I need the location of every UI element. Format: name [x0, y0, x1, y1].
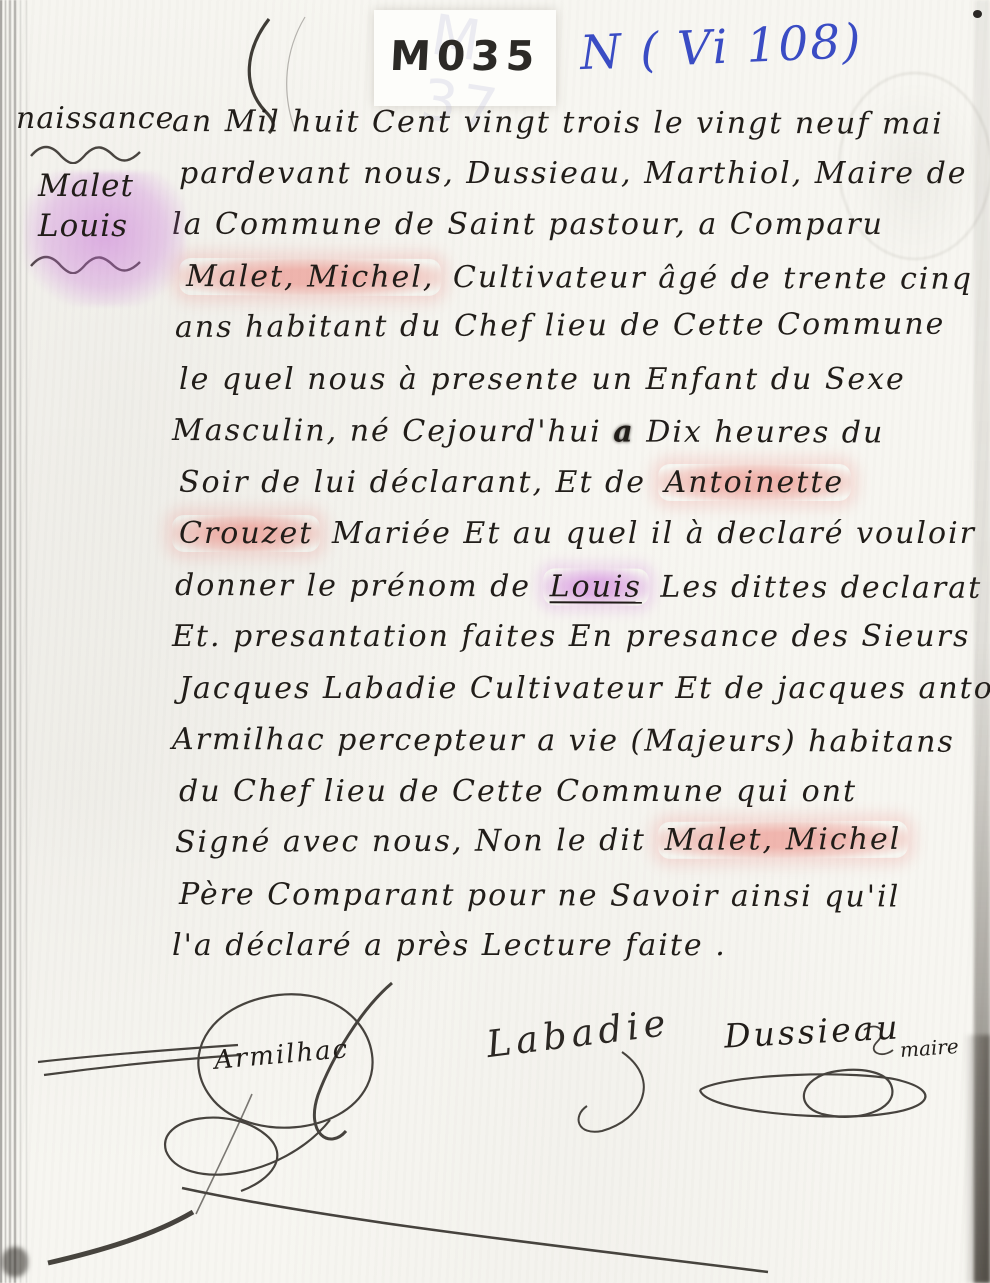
document-text: an Mil huit Cent vingt trois le vingt ne…	[172, 104, 944, 142]
catalog-sticker: M 37 M035	[374, 10, 556, 106]
document-line: l'a déclaré a près Lecture faite .	[172, 928, 980, 980]
document-text: ans habitant du Chef lieu de Cette Commu…	[175, 307, 946, 345]
document-line: Signé avec nous, Non le dit Malet, Miche…	[175, 821, 980, 876]
document-text: donner le prénom de	[175, 568, 543, 604]
document-line: Jacques Labadie Cultivateur Et de jacque…	[179, 671, 980, 723]
highlighted-name: Malet, Michel	[657, 821, 908, 859]
document-text: Cultivateur âgé de trente cinq	[441, 259, 973, 296]
document-text: Soir de lui déclarant, Et de	[179, 465, 658, 500]
highlighted-name: Malet, Michel,	[179, 258, 442, 296]
document-text: Jacques Labadie Cultivateur Et de jacque…	[179, 671, 990, 706]
document-line: Masculin, né Cejourd'hui a Dix heures du	[172, 413, 980, 467]
catalog-code-text: M035	[389, 32, 542, 80]
document-line: la Commune de Saint pastour, a Comparu	[172, 207, 980, 259]
document-line: Malet, Michel, Cultivateur âgé de trente…	[179, 259, 980, 313]
document-text: du Chef lieu de Cette Commune qui ont	[179, 774, 857, 809]
document-lines: an Mil huit Cent vingt trois le vingt ne…	[172, 104, 980, 980]
document-text: Mariée Et au quel il à declaré vouloir	[320, 516, 976, 551]
document-line: an Mil huit Cent vingt trois le vingt ne…	[172, 104, 980, 158]
document-text: la Commune de Saint pastour, a Comparu	[172, 207, 884, 242]
document-line: pardevant nous, Dussieau, Marthiol, Mair…	[179, 156, 980, 208]
document-text: a	[613, 415, 635, 450]
margin-flourish-top	[26, 140, 146, 164]
margin-annotations: naissance Malet Louis	[16, 102, 188, 276]
highlighted-name: Antoinette	[658, 464, 852, 501]
document-text: le quel nous à presente un Enfant du Sex…	[179, 362, 906, 397]
document-text: Les dittes declarat	[649, 569, 982, 605]
scanned-birth-record-page: M 37 M035 N ( Vi 108) naissance Malet Lo…	[0, 0, 990, 1283]
signature-mayor-title: maire	[899, 1034, 959, 1062]
document-line: Crouzet Mariée Et au quel il à declaré v…	[172, 516, 980, 568]
margin-surname: Malet	[38, 166, 188, 206]
document-text: Dix heures du	[635, 415, 885, 451]
margin-given-name: Louis	[38, 206, 188, 246]
document-text: Signé avec nous, Non le dit	[175, 823, 658, 860]
margin-record-type: naissance	[16, 102, 188, 136]
document-line: Et. presantation faites En presance des …	[172, 619, 980, 671]
document-line: Soir de lui déclarant, Et de Antoinette	[179, 465, 980, 517]
document-line: donner le prénom de Louis Les dittes dec…	[175, 568, 980, 622]
document-text: Armilhac percepteur a vie (Majeurs) habi…	[172, 722, 955, 760]
document-line: Père Comparant pour ne Savoir ainsi qu'i…	[179, 877, 980, 931]
document-text: Père Comparant pour ne Savoir ainsi qu'i…	[179, 877, 900, 915]
highlighted-name: Crouzet	[172, 515, 320, 552]
document-line: du Chef lieu de Cette Commune qui ont	[179, 774, 980, 826]
top-right-ink-dot	[973, 10, 982, 18]
document-text: l'a déclaré a près Lecture faite .	[172, 928, 727, 963]
document-line: le quel nous à presente un Enfant du Sex…	[179, 362, 980, 414]
highlighted-name: Louis	[543, 568, 649, 605]
document-text: Masculin, né Cejourd'hui	[172, 413, 613, 450]
document-text: Et. presantation faites En presance des …	[172, 619, 970, 654]
document-line: Armilhac percepteur a vie (Majeurs) habi…	[172, 722, 980, 776]
blue-reference-note: N ( Vi 108)	[579, 14, 864, 81]
document-text: pardevant nous, Dussieau, Marthiol, Mair…	[179, 156, 968, 191]
document-line: ans habitant du Chef lieu de Cette Commu…	[175, 306, 980, 361]
